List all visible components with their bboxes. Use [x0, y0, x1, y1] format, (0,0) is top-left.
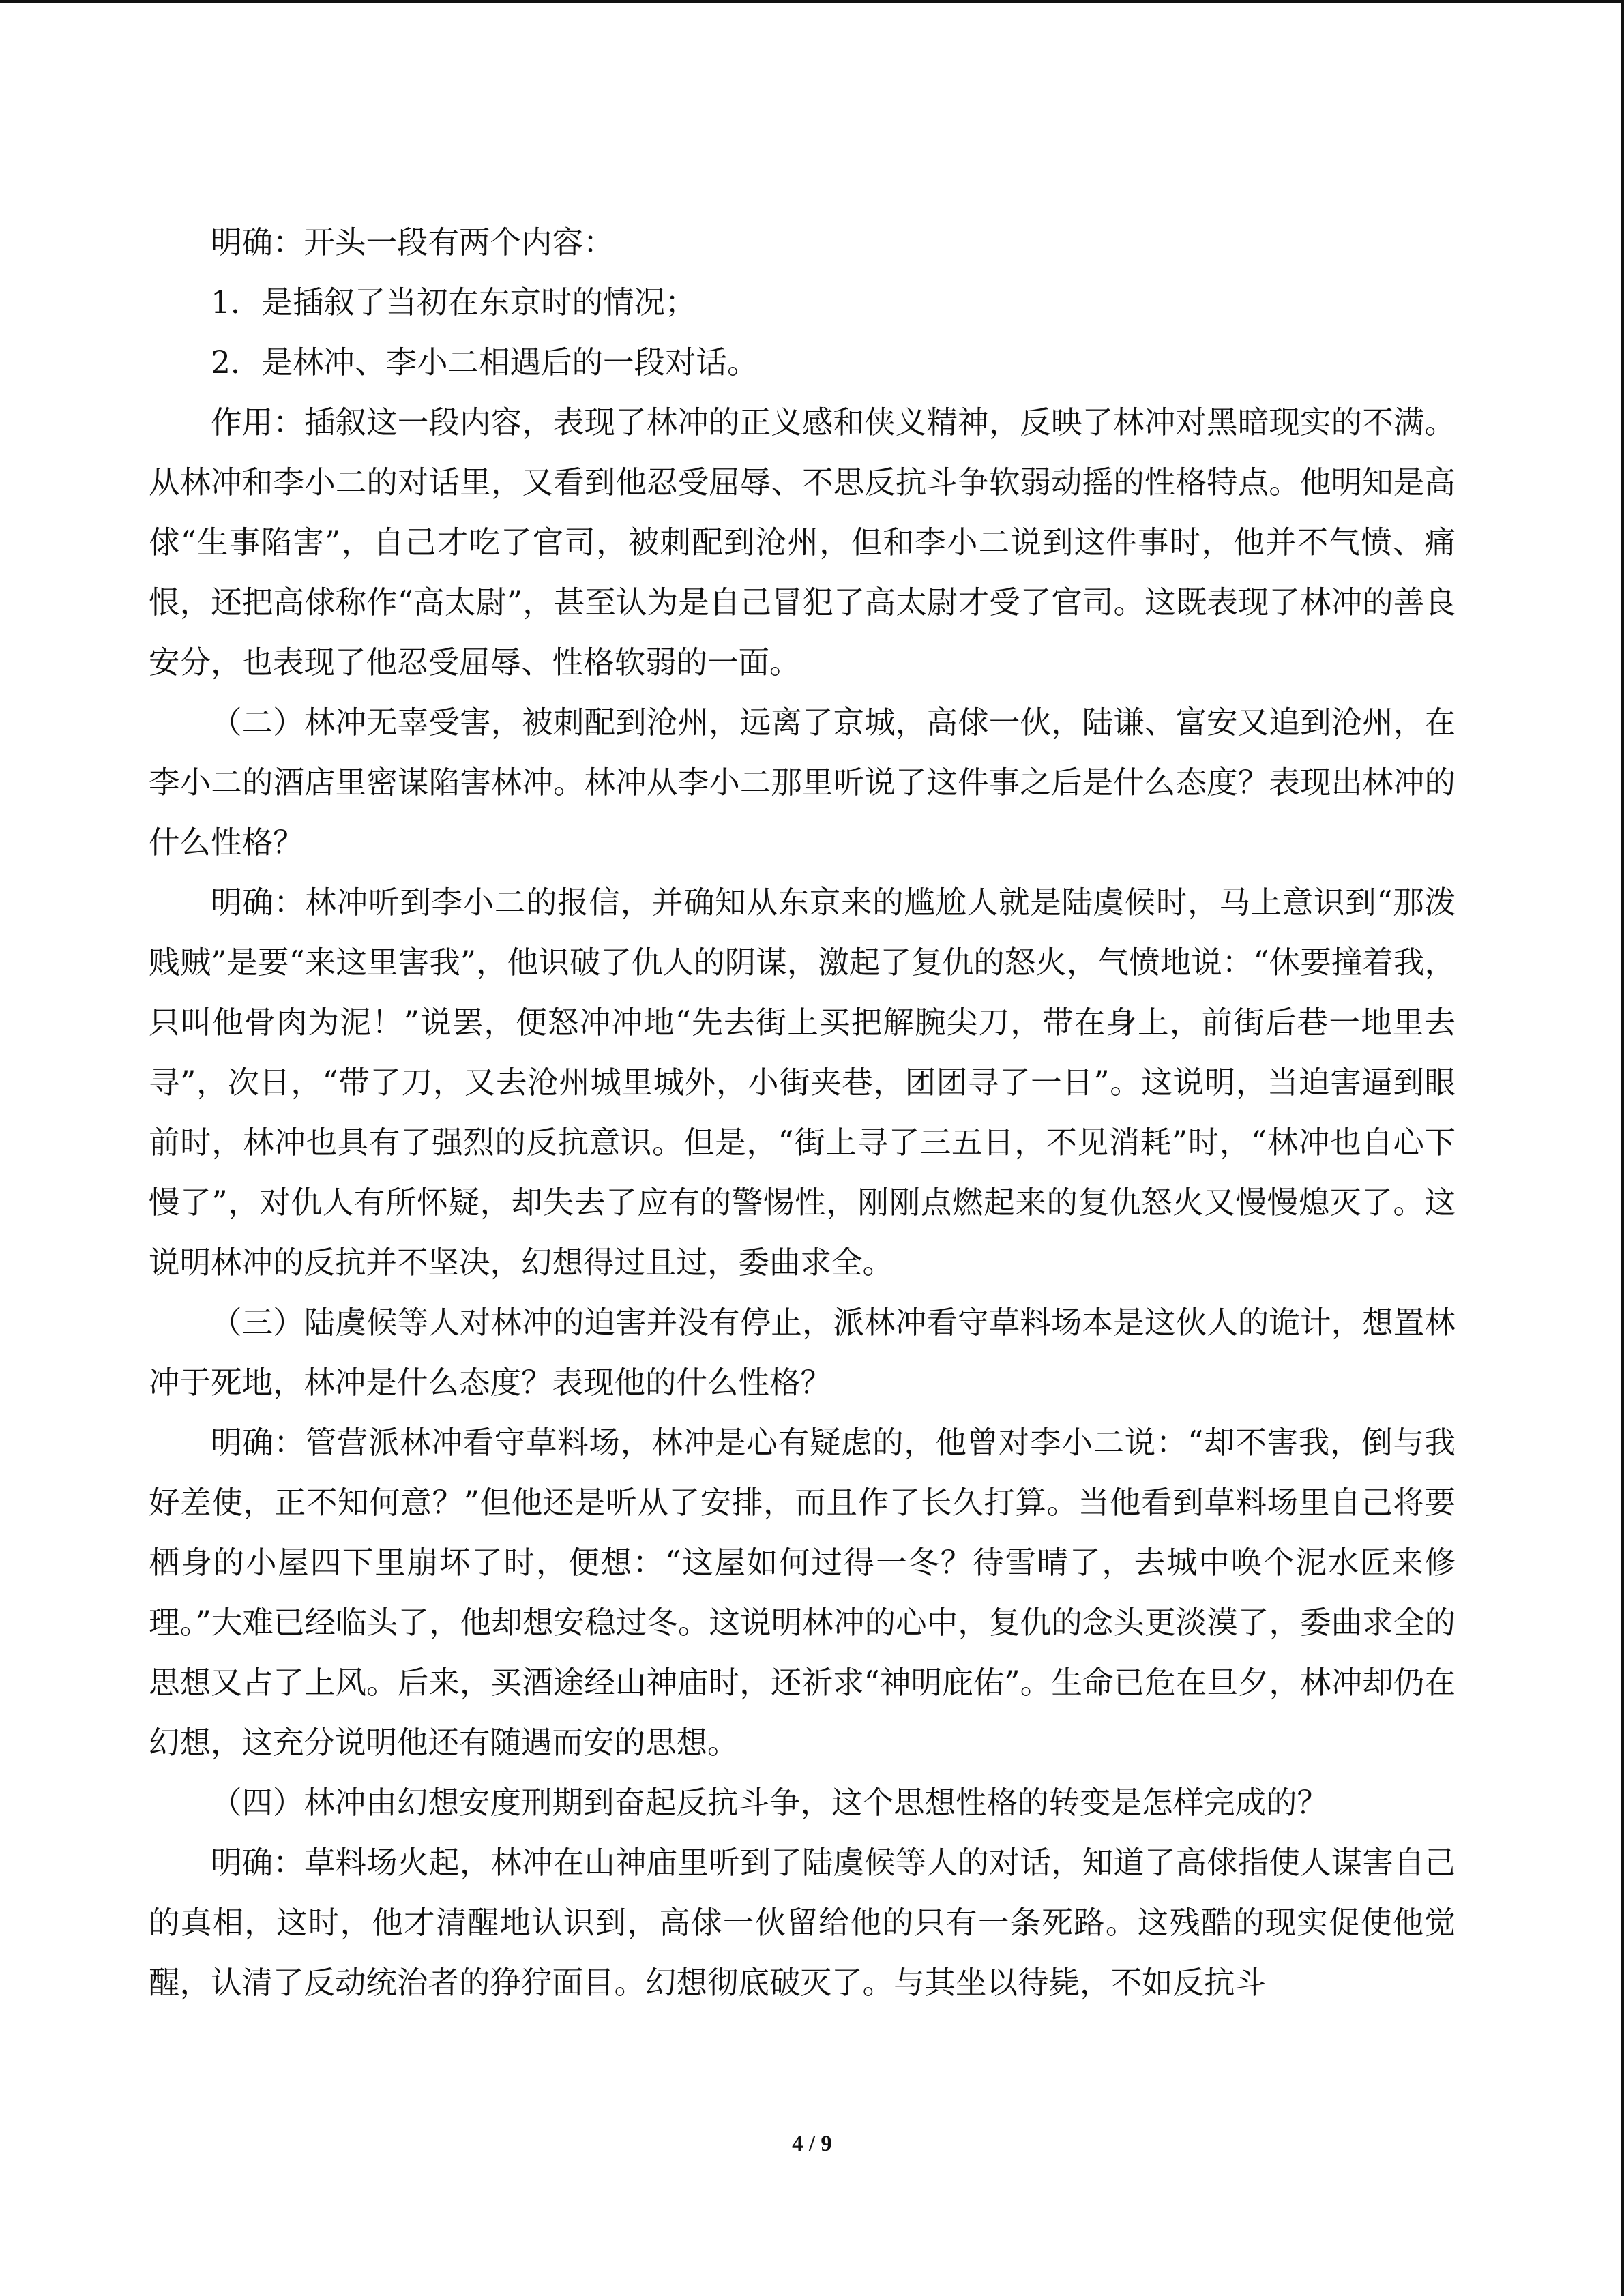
- paragraph-question-3: （三）陆虞候等人对林冲的迫害并没有停止，派林冲看守草料场本是这伙人的诡计，想置林…: [149, 1293, 1456, 1413]
- paragraph-answer-3: 明确：管营派林冲看守草料场，林冲是心有疑虑的，他曾对李小二说：“却不害我，倒与我…: [149, 1413, 1456, 1773]
- page-border-top: [0, 0, 1624, 3]
- paragraph-answer-2: 明确：林冲听到李小二的报信，并确知从东京来的尴尬人就是陆虞候时，马上意识到“那泼…: [149, 873, 1456, 1293]
- paragraph-list-item-1: 1．是插叙了当初在东京时的情况；: [149, 273, 1456, 333]
- paragraph-function-explanation: 作用：插叙这一段内容，表现了林冲的正义感和侠义精神，反映了林冲对黑暗现实的不满。…: [149, 393, 1456, 693]
- paragraph-question-4: （四）林冲由幻想安度刑期到奋起反抗斗争，这个思想性格的转变是怎样完成的？: [149, 1773, 1456, 1833]
- paragraph-answer-4: 明确：草料场火起，林冲在山神庙里听到了陆虞候等人的对话，知道了高俅指使人谋害自己…: [149, 1833, 1456, 2013]
- page-number: 4 / 9: [0, 2130, 1624, 2158]
- page-border-right: [1621, 0, 1624, 2296]
- document-body: 明确：开头一段有两个内容： 1．是插叙了当初在东京时的情况； 2．是林冲、李小二…: [149, 213, 1456, 2013]
- paragraph-question-2: （二）林冲无辜受害，被刺配到沧州，远离了京城，高俅一伙，陆谦、富安又追到沧州，在…: [149, 693, 1456, 873]
- paragraph-answer-intro: 明确：开头一段有两个内容：: [149, 213, 1456, 273]
- paragraph-list-item-2: 2．是林冲、李小二相遇后的一段对话。: [149, 333, 1456, 393]
